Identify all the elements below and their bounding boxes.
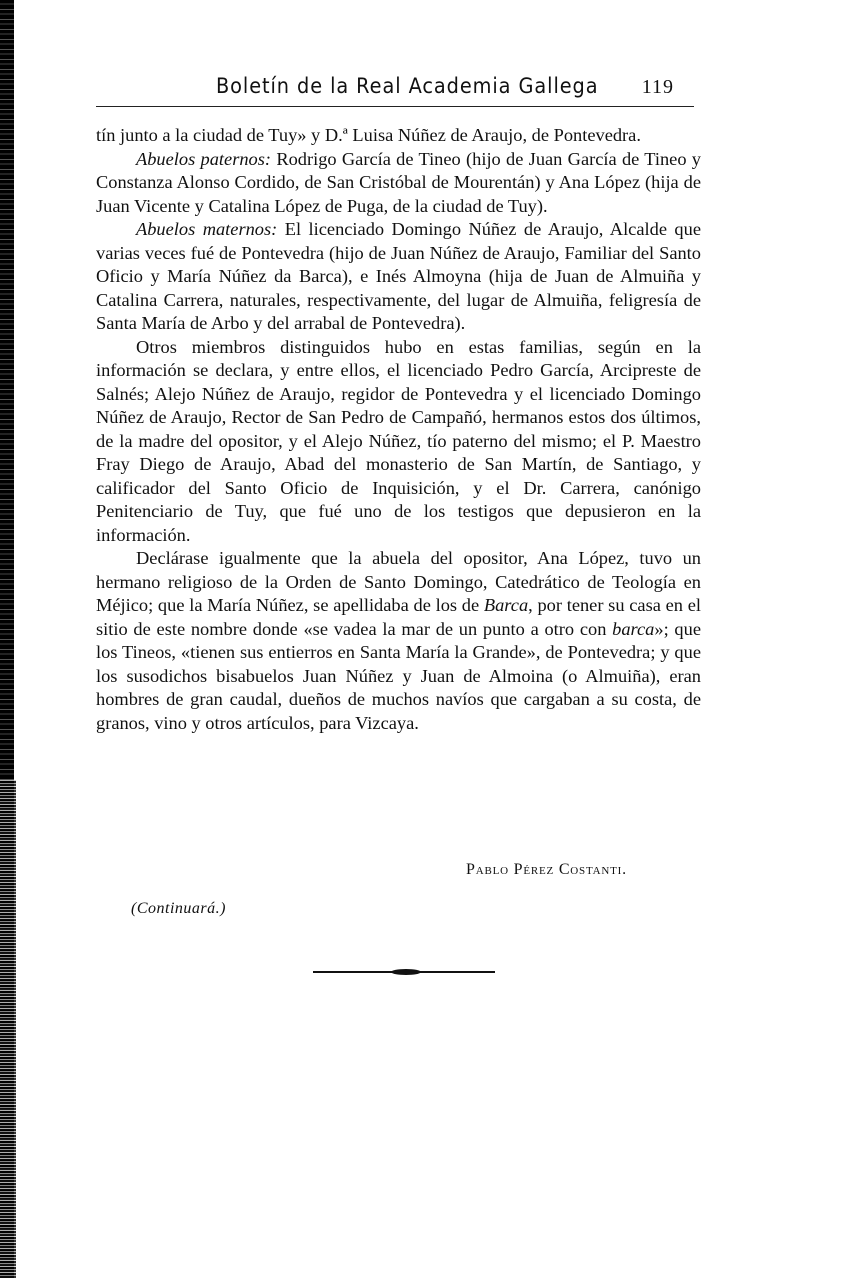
end-ornament-rule [313,969,495,975]
paragraph-maternal-grandparents: Abuelos maternos: El licenciado Domingo … [96,218,701,336]
continued-note: (Continuará.) [131,900,226,918]
paragraph-text: Otros miembros distinguidos hubo en esta… [96,337,701,545]
article-body: tín junto a la ciudad de Tuy» y D.ª Luis… [96,124,701,735]
paragraph-label: Abuelos maternos: [136,219,277,239]
page-header: Boletín de la Real Academia Gallega 119 [96,74,694,110]
italic-term: Barca [484,595,528,615]
paragraph-label: Abuelos paternos: [136,149,271,169]
paragraph-declaration: Declárase igualmente que la abuela del o… [96,547,701,735]
paragraph-text: tín junto a la ciudad de Tuy» y D.ª Luis… [96,125,641,145]
italic-term: barca [612,619,654,639]
paragraph-continuation: tín junto a la ciudad de Tuy» y D.ª Luis… [96,124,701,148]
page-number: 119 [642,76,674,99]
page-binding-texture [0,780,16,1278]
ornament-bulge [391,969,421,975]
paragraph-other-members: Otros miembros distinguidos hubo en esta… [96,336,701,548]
author-signature: Pablo Pérez Costanti. [466,861,627,879]
paragraph-paternal-grandparents: Abuelos paternos: Rodrigo García de Tine… [96,148,701,219]
header-rule [96,106,694,107]
running-title: Boletín de la Real Academia Gallega [216,74,598,98]
